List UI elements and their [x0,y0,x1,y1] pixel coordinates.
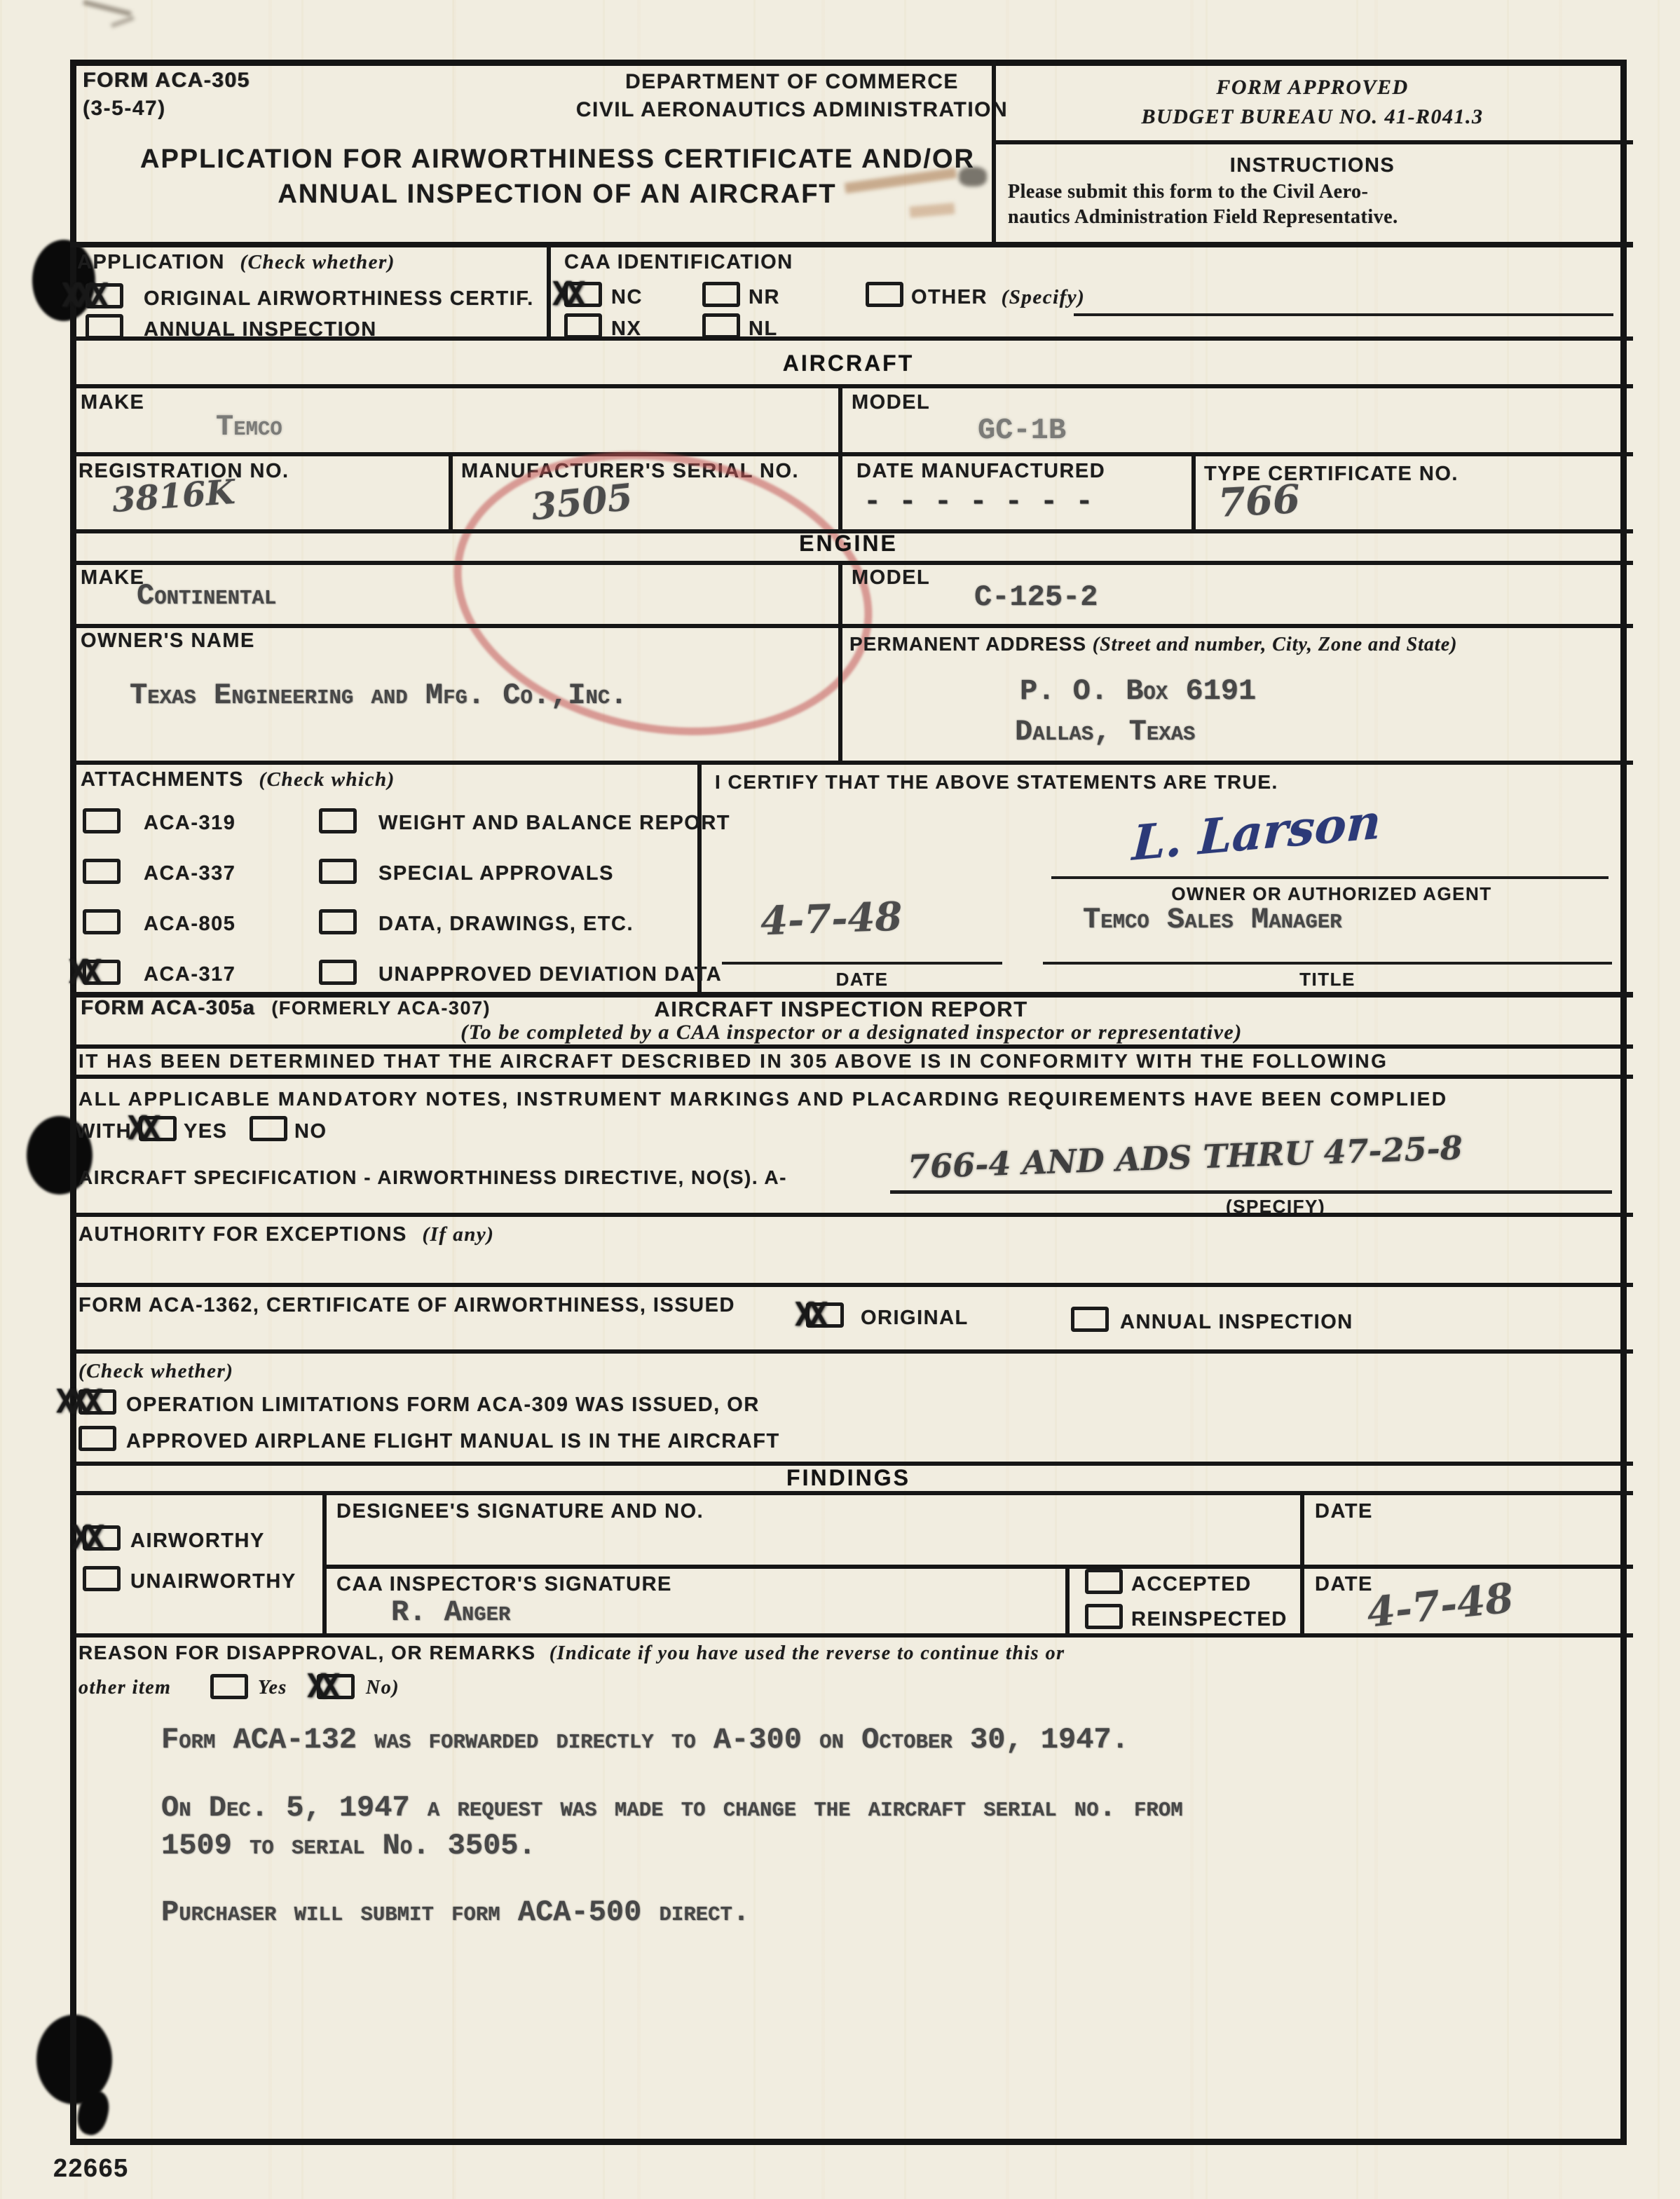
footer-serial-number: 22665 [53,2153,129,2183]
engine-model-value: C-125-2 [974,580,1098,614]
signature-line[interactable] [1051,876,1609,879]
label-aca-317: ACA-317 [144,963,235,986]
remark-entry-1: Form ACA-132 was forwarded directly to A… [161,1723,1129,1757]
inspection-formerly-text: (FORMERLY ACA-307) [271,998,491,1019]
checkbox-weight-balance[interactable] [319,808,357,833]
unairworthy-label: UNAIRWORTHY [130,1570,296,1593]
budget-bureau-number: BUDGET BUREAU NO. 41-R041.3 [998,105,1627,129]
check-mark-original-airworthiness: XXX [62,276,103,314]
reason-label-text: REASON FOR DISAPPROVAL, OR REMARKS [78,1642,536,1663]
certification-date-label: DATE [722,969,1002,990]
determined-statement: IT HAS BEEN DETERMINED THAT THE AIRCRAFT… [78,1050,1388,1073]
inspection-form-number: FORM ACA-305a (FORMERLY ACA-307) [81,997,491,1020]
administration-name: CIVIL AERONAUTICS ADMINISTRATION [547,98,1037,122]
checkbox-compliance-no[interactable] [250,1116,287,1141]
checkbox-nr[interactable] [702,282,740,307]
operation-limitations-label: OPERATION LIMITATIONS FORM ACA-309 WAS I… [126,1394,760,1417]
issued-original-label: ORIGINAL [861,1307,969,1330]
label-aca-337: ACA-337 [144,862,235,885]
instructions-body: Please submit this form to the Civil Aer… [1008,179,1625,230]
owner-agent-label: OWNER OR AUTHORIZED AGENT [1051,883,1612,905]
inspection-form-no-text: FORM ACA-305a [81,997,255,1019]
specification-line[interactable] [890,1190,1612,1194]
authority-note-text: (If any) [422,1223,494,1246]
form-number: FORM ACA-305 [83,69,250,93]
divider [70,1213,1633,1217]
checkbox-aca-319[interactable] [83,808,121,833]
checkbox-other[interactable] [866,282,903,307]
checkbox-unapproved-deviation[interactable] [319,960,357,985]
instructions-title: INSTRUCTIONS [998,154,1627,177]
check-mark-compliance-yes: XX [128,1109,155,1147]
check-whether-note: (Check whether) [78,1360,233,1383]
divider [547,242,551,336]
date-line[interactable] [722,962,1002,965]
checkbox-unairworthy[interactable] [83,1566,121,1591]
label-unapproved-deviation: UNAPPROVED DEVIATION DATA [378,963,722,986]
aircraft-make-label: MAKE [81,391,144,414]
inspection-report-subtitle: (To be completed by a CAA inspector or a… [70,1021,1633,1044]
other-specify-note: (Specify) [1002,286,1086,308]
checkbox-special-approvals[interactable] [319,859,357,884]
divider [70,1075,1633,1079]
option-nc-label: NC [611,286,643,309]
divider [838,561,842,624]
option-nr-label: NR [749,286,780,309]
signer-title-label: TITLE [1043,969,1612,990]
checkbox-aca-805[interactable] [83,909,121,934]
checkbox-nx[interactable] [564,313,602,339]
check-mark-issued-original: XX [795,1295,822,1333]
findings-section-title: FINDINGS [70,1465,1627,1491]
form-title-line1: APPLICATION FOR AIRWORTHINESS CERTIFICAT… [140,144,974,175]
divider [70,1349,1633,1354]
permanent-address-label: PERMANENT ADDRESS (Street and number, Ci… [849,631,1466,658]
divider [1191,452,1196,529]
divider [838,624,842,761]
divider [449,452,453,529]
checkbox-flight-manual[interactable] [78,1426,116,1451]
check-mark-aca-317: XX [69,953,96,990]
checkbox-nl[interactable] [702,313,740,339]
divider [838,452,842,529]
caa-identification-label: CAA IDENTIFICATION [564,251,793,274]
type-certificate-value: 766 [1217,476,1301,526]
inspection-date-label: DATE [1315,1573,1373,1596]
divider [838,384,842,452]
check-mark-nc: XX [552,275,580,313]
scanned-form-page: FORM ACA-305 (3-5-47) DEPARTMENT OF COMM… [0,0,1680,2199]
owner-name-value: Texas Engineering and Mfg. Co.,Inc. [130,679,628,712]
divider [70,561,1633,565]
checkbox-annual-inspection[interactable] [86,314,123,339]
compliance-statement: ALL APPLICABLE MANDATORY NOTES, INSTRUME… [78,1088,1448,1110]
divider [70,452,1633,456]
checkbox-aca-337[interactable] [83,859,121,884]
compliance-no-label: NO [294,1120,327,1143]
divider [992,60,996,242]
divider [70,384,1633,388]
date-manufactured-value: - - - - - - - [863,485,1093,519]
divider [70,761,1633,765]
designee-date-label: DATE [1315,1500,1373,1523]
other-specify-line[interactable] [1074,313,1613,316]
divider [70,1044,1633,1049]
check-mark-operation-limitations: XXX [56,1382,97,1420]
label-aca-319: ACA-319 [144,812,235,835]
option-other-label: OTHER (Specify) [911,286,1085,309]
label-weight-balance: WEIGHT AND BALANCE REPORT [378,812,730,835]
label-aca-805: ACA-805 [144,913,235,936]
divider [70,1633,1633,1638]
attachments-label: ATTACHMENTS [81,768,244,791]
divider [70,336,1633,341]
engine-make-value: Continental [137,579,276,613]
airworthy-label: AIRWORTHY [130,1530,265,1553]
address-label-note: (Street and number, City, Zone and State… [1093,634,1458,655]
attachments-note: (Check which) [259,768,395,791]
divider [70,624,1633,628]
authority-exceptions-label: AUTHORITY FOR EXCEPTIONS (If any) [78,1223,494,1246]
application-section-label: APPLICATION (Check whether) [77,251,395,274]
reverse-yes-label: Yes [258,1677,287,1699]
checkbox-accepted[interactable] [1085,1569,1123,1594]
divider [992,140,1633,144]
caa-inspector-signature-label: CAA INSPECTOR'S SIGNATURE [336,1573,672,1596]
address-label-text: PERMANENT ADDRESS [849,633,1086,655]
option-original-airworthiness-label: ORIGINAL AIRWORTHINESS CERTIF. [144,287,534,311]
divider [70,1491,1633,1495]
aircraft-model-label: MODEL [852,391,930,414]
reinspected-label: REINSPECTED [1131,1608,1288,1631]
reason-note-line1: (Indicate if you have used the reverse t… [549,1642,1065,1664]
department-name: DEPARTMENT OF COMMERCE [547,70,1037,94]
caa-inspector-signature-value: R. Anger [391,1595,510,1629]
compliance-with-label: WITH [76,1120,132,1143]
certify-statement: I CERTIFY THAT THE ABOVE STATEMENTS ARE … [715,771,1278,794]
checkbox-issued-annual[interactable] [1071,1307,1109,1332]
issued-annual-label: ANNUAL INSPECTION [1120,1311,1353,1334]
aircraft-section-title: AIRCRAFT [70,350,1627,376]
label-data-drawings: DATA, DRAWINGS, ETC. [378,913,634,936]
flight-manual-label: APPROVED AIRPLANE FLIGHT MANUAL IS IN TH… [126,1430,780,1453]
signer-title-value: Temco Sales Manager [1083,903,1342,937]
attachments-section-label: ATTACHMENTS (Check which) [81,768,395,791]
divider [1065,1565,1070,1633]
divider [322,1491,327,1633]
inspection-report-title: AIRCRAFT INSPECTION REPORT [491,997,1191,1022]
authority-label-text: AUTHORITY FOR EXCEPTIONS [78,1223,407,1246]
application-note: (Check whether) [240,251,395,273]
application-label: APPLICATION [77,251,225,273]
reverse-no-label: No) [366,1677,399,1699]
divider [697,761,702,992]
owner-address-line1: P. O. Box 6191 [1020,674,1256,708]
aircraft-model-value: GC-1B [978,414,1066,447]
divider [322,1565,1633,1569]
checkbox-reverse-yes[interactable] [210,1674,248,1699]
owner-name-label: OWNER'S NAME [81,629,255,653]
pencil-mark [83,0,132,16]
owner-address-line2: Dallas, Texas [1015,715,1195,749]
engine-make-label: MAKE [81,566,144,590]
title-line[interactable] [1043,962,1612,965]
check-mark-airworthy: XX [71,1518,99,1556]
checkbox-reinspected[interactable] [1085,1604,1123,1629]
certificate-issued-label: FORM ACA-1362, CERTIFICATE OF AIRWORTHIN… [78,1294,735,1317]
check-mark-reverse-no: XX [307,1667,334,1705]
other-label-text: OTHER [911,286,988,308]
divider [70,1283,1633,1287]
reason-note-line2: other item [78,1677,171,1699]
pencil-mark [111,15,135,27]
accepted-label: ACCEPTED [1131,1573,1252,1596]
engine-section-title: ENGINE [70,531,1627,557]
aircraft-make-value: Temco [216,410,282,444]
form-title-line2: ANNUAL INSPECTION OF AN AIRCRAFT [140,179,974,210]
checkbox-data-drawings[interactable] [319,909,357,934]
divider [70,242,1633,247]
engine-model-label: MODEL [852,566,930,590]
form-revision-date: (3-5-47) [83,97,166,121]
aircraft-specification-label: AIRCRAFT SPECIFICATION - AIRWORTHINESS D… [78,1166,787,1189]
reason-remarks-label: REASON FOR DISAPPROVAL, OR REMARKS (Indi… [78,1642,1065,1665]
designee-signature-label: DESIGNEE'S SIGNATURE AND NO. [336,1500,704,1523]
remark-entry-2: On Dec. 5, 1947 a request was made to ch… [161,1789,1183,1865]
certification-date-value: 4-7-48 [760,893,903,944]
compliance-yes-label: YES [184,1120,228,1143]
remark-entry-3: Purchaser will submit form ACA-500 direc… [161,1895,750,1929]
form-approved-label: FORM APPROVED [998,76,1627,100]
label-special-approvals: SPECIAL APPROVALS [378,862,614,885]
date-manufactured-label: DATE MANUFACTURED [856,460,1105,483]
divider [1300,1491,1304,1633]
